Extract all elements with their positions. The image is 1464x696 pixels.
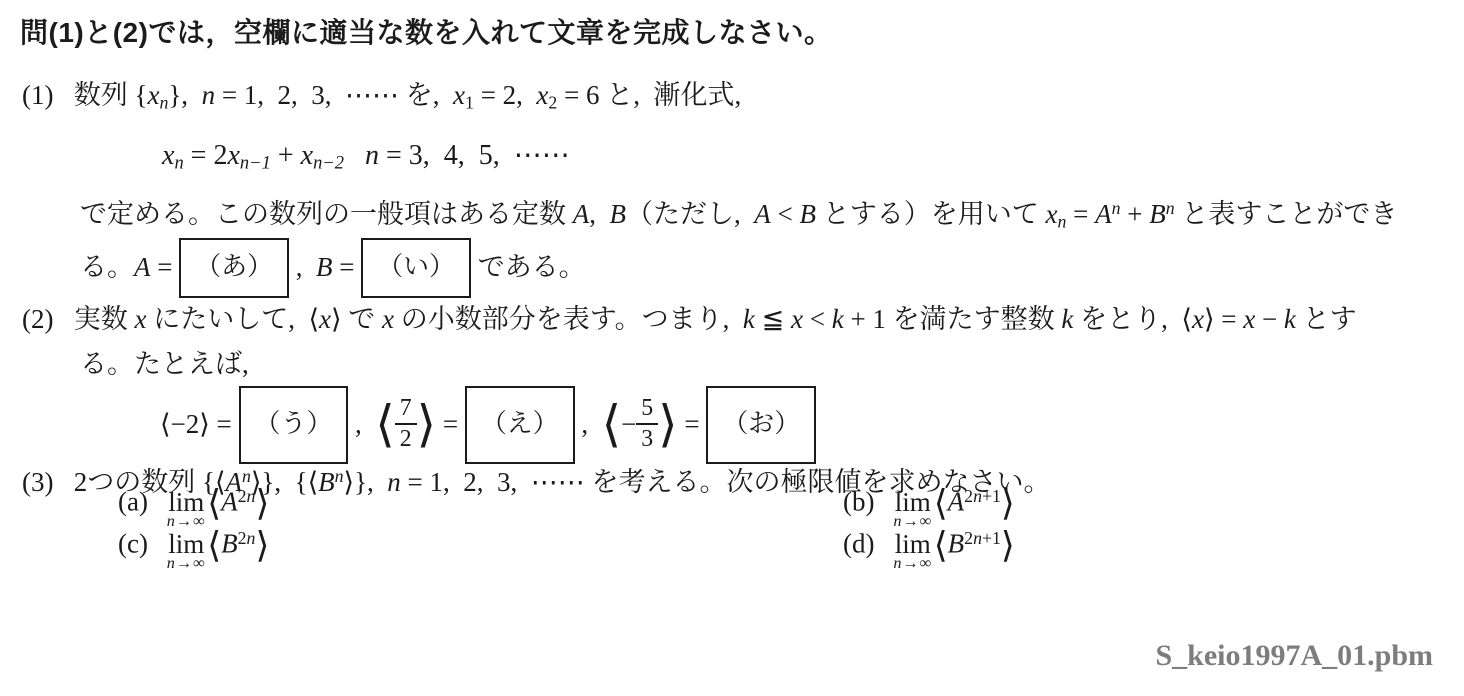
angle-bracket: ⟨: [207, 483, 221, 523]
math-variable: A: [1095, 199, 1112, 229]
superscript: n: [1166, 198, 1175, 218]
math-variable: x: [227, 140, 239, 171]
math-variable: B: [799, 199, 816, 229]
q3-item-b: (b) limn→∞⟨A2n+1⟩: [843, 482, 1015, 525]
angle-bracket: ⟩: [1001, 525, 1015, 565]
math-variable: B: [318, 467, 335, 497]
text-run: <: [803, 304, 832, 334]
text-run: },: [168, 80, 201, 110]
text-run: る。: [80, 252, 134, 282]
superscript: 2: [964, 486, 973, 506]
angle-bracket: ⟩: [1001, 483, 1015, 523]
text-run: をとり, ⟨: [1073, 304, 1192, 334]
math-variable: A: [134, 252, 151, 282]
answer-blank-box: （う）: [239, 386, 349, 464]
superscript: n: [1112, 198, 1121, 218]
text-run: (a): [118, 487, 168, 517]
text-run: (2) 実数: [22, 304, 134, 334]
text-run: = 2: [184, 140, 228, 171]
text-run: ⟨−2⟩ =: [160, 409, 239, 439]
q3-item-d: (d) limn→∞⟨B2n+1⟩: [843, 524, 1015, 567]
text-run: (c): [118, 529, 168, 559]
math-variable: x: [453, 80, 465, 110]
superscript: n: [973, 528, 982, 548]
angle-bracket: ⟨: [934, 483, 948, 523]
text-run: =: [151, 252, 180, 282]
text-run: =: [678, 409, 707, 439]
text-run: にたいして, ⟨: [146, 304, 319, 334]
math-variable: B: [610, 199, 627, 229]
math-variable: B: [948, 529, 965, 559]
text-run: + 1 を満たす整数: [844, 304, 1062, 334]
angle-bracket: ⟩: [255, 483, 269, 523]
math-variable: n: [387, 467, 401, 497]
answer-blank-box: （あ）: [179, 238, 289, 298]
subscript: 1: [465, 92, 474, 112]
fraction: 72: [395, 396, 417, 452]
instruction-heading: 問(1)と(2)では，空欄に適当な数を入れて文章を完成しなさい。: [20, 16, 832, 50]
superscript: 2: [238, 486, 247, 506]
math-variable: x: [536, 80, 548, 110]
text-run: = 1, 2, 3, ⋯⋯ を,: [215, 80, 453, 110]
superscript: 2: [964, 528, 973, 548]
text-run: ,: [575, 409, 602, 439]
math-variable: n: [365, 140, 379, 171]
math-variable: x: [147, 80, 159, 110]
q1-general-term-line: で定める。この数列の一般項はある定数 A, B（ただし, A < B とする）を…: [80, 198, 1397, 233]
text-run: (b): [843, 487, 895, 517]
tall-angle-bracket: ⟨: [602, 392, 621, 456]
q2-continuation-line: る。たとえば,: [80, 348, 249, 380]
text-run: ,: [289, 252, 316, 282]
text-run: ,: [348, 409, 375, 439]
q3-item-c: (c) limn→∞⟨B2n⟩: [118, 524, 269, 567]
text-run: ⟩ で: [331, 304, 382, 334]
text-run: （ただし,: [626, 199, 754, 229]
subscript: n−2: [313, 153, 344, 173]
math-operator: −: [621, 392, 636, 456]
limit-operator: limn→∞: [895, 528, 931, 560]
text-run: の小数部分を表す。つまり,: [394, 304, 743, 334]
angle-bracket: ⟨: [207, 525, 221, 565]
math-variable: x: [134, 304, 146, 334]
math-variable: x: [791, 304, 803, 334]
text-run: = 3, 4, 5, ⋯⋯: [379, 140, 570, 171]
q2-intro-line: (2) 実数 x にたいして, ⟨x⟩ で x の小数部分を表す。つまり, k …: [22, 303, 1357, 335]
q1-answer-line: る。A = （あ） , B = （い） である。: [80, 240, 586, 300]
subscript: n: [159, 92, 168, 112]
text-run: =: [436, 409, 465, 439]
text-run: と表すことができ: [1175, 199, 1398, 229]
angle-bracket: ⟩: [255, 525, 269, 565]
q2-examples-line: ⟨−2⟩ = （う） , ⟨72⟩ = （え） , ⟨−53⟩ = （お）: [160, 388, 816, 466]
limit-operator: limn→∞: [895, 486, 931, 518]
math-variable: n: [202, 80, 216, 110]
text-run: とする）を用いて: [816, 199, 1046, 229]
text-run: ≦: [755, 304, 791, 334]
q1-recurrence-formula: xn = 2xn−1 + xn−2 n = 3, 4, 5, ⋯⋯: [162, 139, 570, 174]
tall-angle-bracket: ⟩: [658, 392, 677, 456]
tall-angle-bracket: ⟨: [375, 392, 394, 456]
q3-item-a: (a) limn→∞⟨A2n⟩: [118, 482, 269, 525]
fraction: 53: [636, 396, 658, 452]
answer-blank-box: （お）: [706, 386, 816, 464]
tall-angle-bracket: ⟩: [417, 392, 436, 456]
text-run: とす: [1296, 304, 1357, 334]
text-run: =: [1066, 199, 1095, 229]
text-run: = 6 と, 漸化式,: [557, 80, 741, 110]
subscript: n: [174, 153, 183, 173]
math-variable: A: [948, 487, 965, 517]
filename-watermark: S_keio1997A_01.pbm: [1155, 638, 1433, 674]
math-variable: x: [319, 304, 331, 334]
limit-operator: limn→∞: [168, 486, 204, 518]
math-variable: x: [162, 140, 174, 171]
text-run: ,: [589, 199, 609, 229]
superscript: n: [973, 486, 982, 506]
text-run: +: [1121, 199, 1150, 229]
math-variable: A: [754, 199, 771, 229]
subscript: n−1: [240, 153, 271, 173]
math-variable: x: [1192, 304, 1204, 334]
text-run: (1) 数列: [22, 80, 134, 110]
math-variable: x: [382, 304, 394, 334]
exam-page: 問(1)と(2)では，空欄に適当な数を入れて文章を完成しなさい。 (1) 数列 …: [0, 0, 1464, 696]
subscript: 2: [548, 92, 557, 112]
math-variable: B: [316, 252, 333, 282]
angle-bracket: ⟨: [934, 525, 948, 565]
text-run: = 2,: [474, 80, 536, 110]
text-run: である。: [471, 252, 586, 282]
math-variable: B: [1149, 199, 1166, 229]
text-run: る。たとえば,: [80, 349, 249, 379]
math-variable: B: [221, 529, 238, 559]
limit-operator: limn→∞: [168, 528, 204, 560]
superscript: 2: [238, 528, 247, 548]
math-variable: k: [1284, 304, 1296, 334]
superscript: n: [335, 466, 344, 486]
math-variable: k: [1061, 304, 1073, 334]
superscript: +1: [982, 486, 1001, 506]
text-run: [344, 140, 365, 171]
text-run: <: [771, 199, 800, 229]
text-run: ⟩},: [344, 467, 388, 497]
q1-intro-line: (1) 数列 {xn}, n = 1, 2, 3, ⋯⋯ を, x1 = 2, …: [22, 79, 741, 114]
math-variable: A: [221, 487, 238, 517]
text-run: ⟩ =: [1204, 304, 1243, 334]
math-variable: x: [1243, 304, 1255, 334]
text-run: +: [271, 140, 301, 171]
text-run: =: [332, 252, 361, 282]
text-run: −: [1255, 304, 1284, 334]
math-variable: A: [573, 199, 590, 229]
math-variable: x: [301, 140, 313, 171]
text-run: (d): [843, 529, 895, 559]
math-variable: x: [1045, 199, 1057, 229]
math-variable: k: [743, 304, 755, 334]
superscript: +1: [982, 528, 1001, 548]
text-run: {: [134, 80, 147, 110]
math-variable: k: [832, 304, 844, 334]
text-run: で定める。この数列の一般項はある定数: [80, 199, 573, 229]
answer-blank-box: （い）: [361, 238, 471, 298]
answer-blank-box: （え）: [465, 386, 575, 464]
